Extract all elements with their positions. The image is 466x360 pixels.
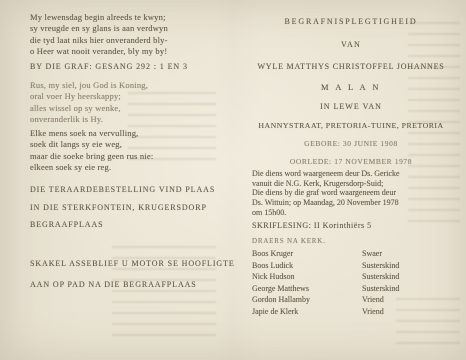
service-line: om 15h00. <box>252 208 464 218</box>
deceased-address: HANNYSTRAAT, PRETORIA-TUINE, PRETORIA <box>238 121 464 130</box>
verse-line: elkeen soek sy eie reg. <box>30 162 226 173</box>
program-title: BEGRAFNISPLEGTIGHEID <box>238 17 464 26</box>
died-line: OORLEDE: 17 NOVEMBER 1978 <box>238 157 464 166</box>
hymn-intro-verse: My lewensdag begin alreeds te kwyn; sy v… <box>30 12 226 57</box>
bearers-heading: DRAERS NA KERK. <box>252 237 466 245</box>
in-life-of-label: IN LEWE VAN <box>238 102 464 111</box>
notice-line: AAN OP PAD NA DIE BEGRAAFPLAAS <box>30 275 226 296</box>
of-word: VAN <box>238 40 464 49</box>
bearer-relation: Vriend <box>362 295 384 305</box>
burial-place-notice: DIE TERAARDEBESTELLING VIND PLAAS IN DIE… <box>30 181 226 234</box>
born-line: GEBORE: 30 JUNIE 1908 <box>238 139 464 148</box>
deceased-surname: M A L A N <box>238 82 464 92</box>
verse-line: Elke mens soek na vervulling, <box>30 128 226 139</box>
grave-hymn-heading: BY DIE GRAF: GESANG 292 : 1 EN 3 <box>30 62 226 71</box>
notice-line: DIE TERAARDEBESTELLING VIND PLAAS <box>30 181 226 199</box>
verse-line: die tyd laat niks hier onveranderd bly- <box>30 35 226 46</box>
service-line: vanuit die N.G. Kerk, Krugersdorp-Suid; <box>252 179 464 189</box>
scanned-funeral-program: { "left_page": { "hymn_intro_lines": [ "… <box>0 0 466 360</box>
notice-line: BEGRAAFPLAAS <box>30 216 226 234</box>
service-line: Ds. Wittuin; op Maandag, 20 November 197… <box>252 198 464 208</box>
bearer-name: Nick Hudson <box>252 272 294 282</box>
verse-line: maar die soeke bring geen rus nie: <box>30 151 226 162</box>
bearer-name: Boos Ludick <box>252 261 293 271</box>
verse-line: onveranderlik is Hy. <box>30 114 226 125</box>
verse-line: alles wissel op sy wenke, <box>30 103 226 114</box>
bearer-relation: Swaer <box>362 249 382 259</box>
bearer-name: Boos Kruger <box>252 249 293 259</box>
headlights-notice: SKAKEL ASSEBLIEF U MOTOR SE HOOFLIGTE AA… <box>30 254 226 295</box>
bearer-name: Japie de Klerk <box>252 307 298 317</box>
bearer-name: Gordon Hallamby <box>252 295 310 305</box>
notice-line: IN DIE STERKFONTEIN, KRUGERSDORP <box>30 199 226 217</box>
bearer-relation: Susterskind <box>362 261 399 271</box>
verse-line: sy vreugde en sy glans is aan verdwyn <box>30 23 226 34</box>
deceased-forenames: WYLE MATTHYS CHRISTOFFEL JOHANNES <box>238 62 464 71</box>
service-line: Die diens word waargeneem deur Ds. Geric… <box>252 169 464 179</box>
hymn-stanza-two: Elke mens soek na vervulling, soek dit l… <box>30 128 226 173</box>
verse-line: My lewensdag begin alreeds te kwyn; <box>30 12 226 23</box>
bearer-relation: Susterskind <box>362 284 399 294</box>
service-line: Die diens by die graf word waargeneem de… <box>252 188 464 198</box>
bearer-name: George Matthews <box>252 284 309 294</box>
verse-line: oral voer Hy heerskappy; <box>30 91 226 102</box>
service-details: Die diens word waargeneem deur Ds. Geric… <box>252 169 464 218</box>
hymn-stanza-one: Rus, my siel, jou God is Koning, oral vo… <box>30 80 226 125</box>
verse-line: soek dit langs sy eie weg, <box>30 139 226 150</box>
verse-line: Rus, my siel, jou God is Koning, <box>30 80 226 91</box>
notice-line: SKAKEL ASSEBLIEF U MOTOR SE HOOFLIGTE <box>30 254 226 275</box>
bearer-relation: Vriend <box>362 307 384 317</box>
bearer-relation: Susterskind <box>362 272 399 282</box>
scripture-reading: SKRIFLESING: II Korinthiërs 5 <box>252 221 466 230</box>
verse-line: o Heer wat nooit verander, bly my by! <box>30 46 226 57</box>
